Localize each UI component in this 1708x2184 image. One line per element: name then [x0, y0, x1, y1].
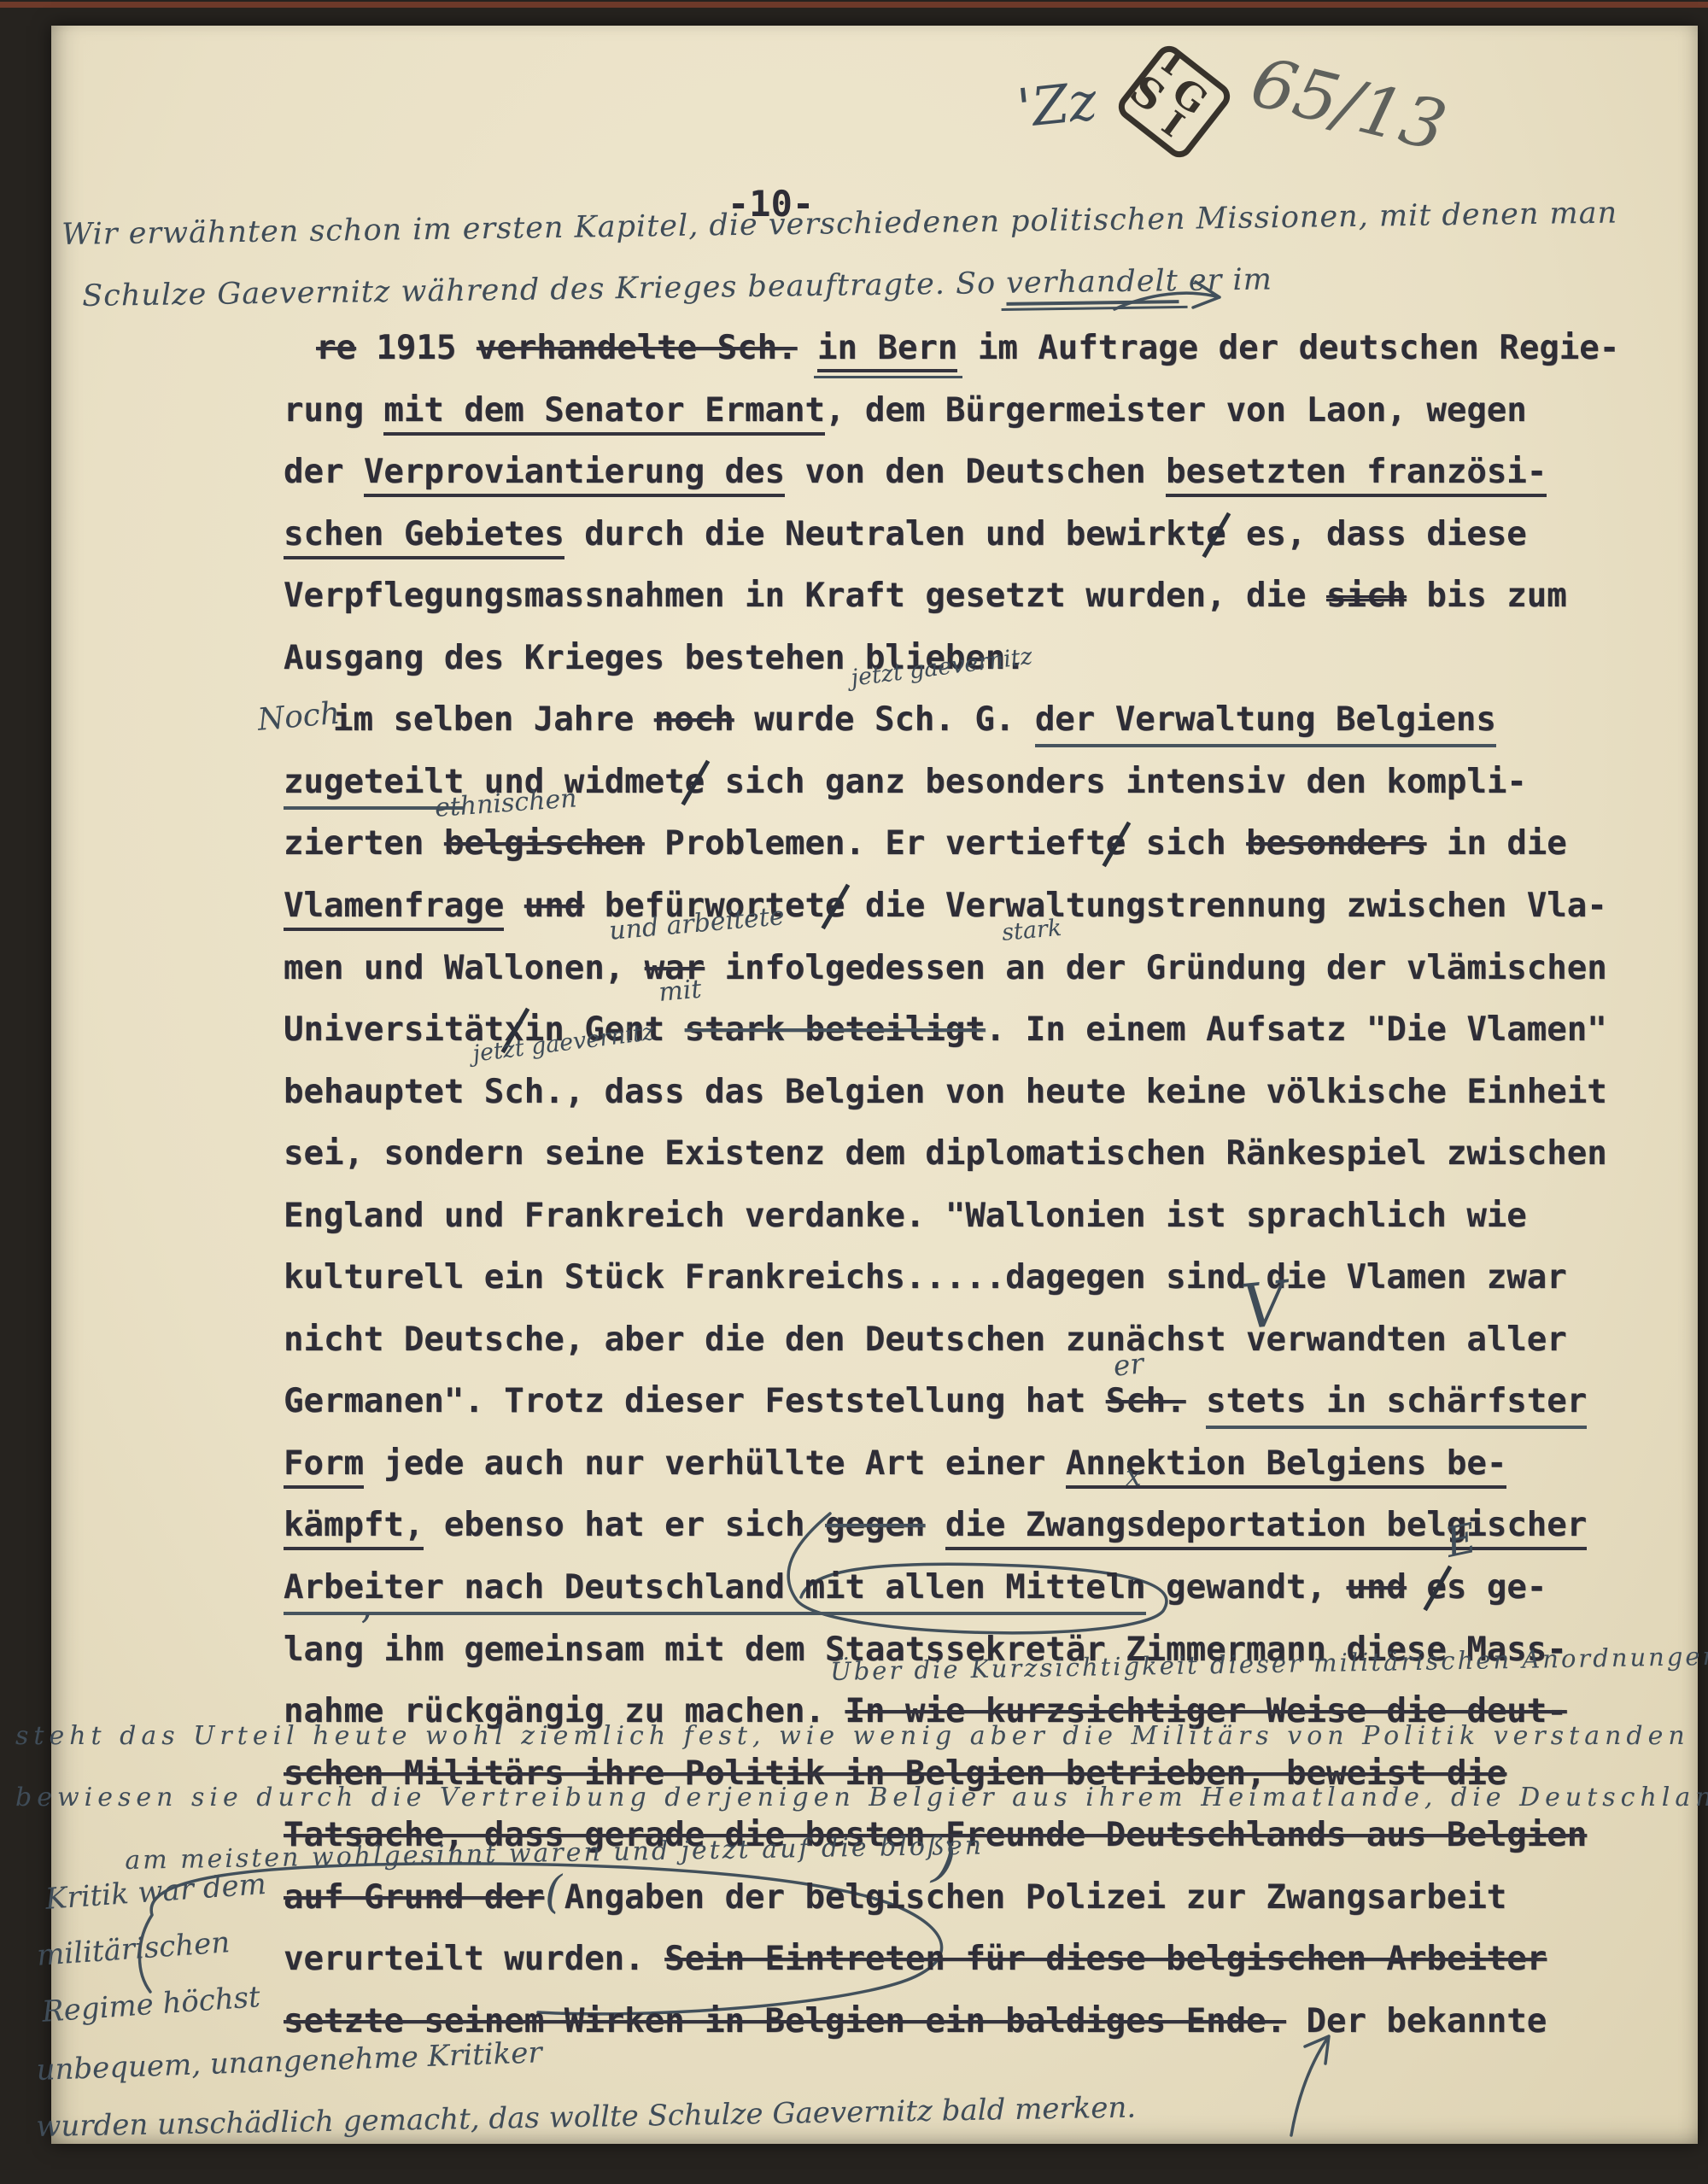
typed-segment: sich: [1126, 824, 1246, 863]
typed-segment: . In einem Aufsatz "Die Vlamen": [986, 1010, 1607, 1049]
typed-segment: schen Gebietes: [284, 515, 564, 559]
hw-intro-line-2: Schulze Gaevernitz während des Krieges b…: [82, 264, 1272, 313]
hw-margin-note-line-5: wurden unschädlich gemacht, das wollte S…: [36, 2093, 1137, 2144]
typed-line-28: setzte seinem Wirken in Belgien ein bald…: [284, 2002, 1547, 2041]
typed-line-26: auf Grund der Angaben der belgischen Pol…: [284, 1878, 1506, 1917]
typed-segment: Arbeiter nach Deutschland mit allen Mitt…: [284, 1568, 1146, 1615]
hw-insert-stark: stark: [1001, 916, 1062, 946]
typed-segment: Verpflegungsmassnahmen in Kraft gesetzt …: [284, 577, 1326, 615]
typed-segment: es, dass diese: [1226, 515, 1527, 553]
hw-insert-er: er: [1112, 1348, 1145, 1382]
hw-insert-noch: Noch: [256, 697, 342, 738]
typed-segment: die Zwangsdeportation belgischer: [945, 1506, 1587, 1550]
typed-segment: Sein Eintreten für diese belgischen Arbe…: [664, 1940, 1547, 1978]
typed-segment: auf Grund der: [284, 1878, 544, 1917]
typed-segment: s ge-: [1447, 1568, 1547, 1607]
typed-line-3: der Verproviantierung des von den Deutsc…: [284, 453, 1547, 497]
typed-segment: die Verwaltungstrennung zwischen Vla-: [845, 887, 1606, 925]
typed-segment: bis zum: [1407, 577, 1567, 615]
typed-line-7: im selben Jahre noch wurde Sch. G. der V…: [333, 700, 1496, 747]
typed-line-27: verurteilt wurden. Sein Eintreten für di…: [284, 1940, 1547, 1978]
photo-top-edge-line: [0, 2, 1708, 8]
mark-ref-number: 65/13: [1244, 44, 1454, 165]
typed-segment: e: [825, 887, 845, 925]
typed-segment: im selben Jahre: [333, 700, 654, 739]
typed-line-1: re 1915 verhandelte Sch. in Bern im Auft…: [316, 329, 1619, 372]
arrow-up-to-der-bekannte: [1291, 2036, 1329, 2135]
typed-segment: infolgedessen an der Gründung der vlämis…: [705, 949, 1607, 987]
typed-segment: setzte seinem Wirken in Belgien ein bald…: [284, 2002, 1286, 2041]
typed-line-2: rung mit dem Senator Ermant, dem Bürgerm…: [284, 391, 1527, 436]
typed-segment: gewandt,: [1146, 1568, 1347, 1607]
typed-line-18: Germanen". Trotz dieser Feststellung hat…: [284, 1382, 1587, 1429]
hw-capital-v: V: [1238, 1270, 1290, 1342]
typed-segment: verhandelte Sch.: [477, 329, 798, 367]
typed-line-16: kulturell ein Stück Frankreichs.....dage…: [284, 1258, 1567, 1297]
typed-segment: kulturell ein Stück Frankreichs.....dage…: [284, 1258, 1567, 1297]
typed-segment: [798, 329, 817, 367]
typed-segment: besetzten französi-: [1166, 453, 1547, 497]
typed-segment: besonders: [1246, 824, 1426, 863]
hw-paren-open: (: [545, 1869, 562, 1918]
hw-margin-note-line-3: Regime höchst: [41, 1982, 261, 2029]
typed-segment: e: [1106, 824, 1126, 863]
typed-segment: im Auftrage der deutschen Regie-: [957, 329, 1619, 367]
typed-segment: Angaben der belgischen Polizei zur Zwang…: [544, 1878, 1506, 1917]
typed-segment: Problemen. Er vertieft: [645, 824, 1106, 863]
typed-segment: und: [1346, 1568, 1406, 1607]
hw-insert-mit: mit: [658, 975, 703, 1007]
typed-segment: sei, sondern seine Existenz dem diplomat…: [284, 1134, 1607, 1173]
hw-margin-note-line-1: Kritik war dem: [44, 1869, 267, 1916]
handwritten-segment: er im: [1179, 263, 1273, 299]
hw-flourish: ʼ: [359, 1609, 371, 1650]
typed-line-17: nicht Deutsche, aber die den Deutschen z…: [284, 1320, 1567, 1359]
typed-segment: sich: [1326, 577, 1407, 615]
typed-segment: Sch.: [1106, 1382, 1186, 1420]
typed-segment: wurde Sch. G.: [734, 700, 1035, 739]
typed-segment: stark beteiligt: [685, 1010, 986, 1049]
typed-segment: Germanen". Trotz dieser Feststellung hat: [284, 1382, 1106, 1420]
typed-segment: Der bekannte: [1286, 2002, 1547, 2041]
typed-line-14: sei, sondern seine Existenz dem diplomat…: [284, 1134, 1607, 1173]
typed-segment: der Verwaltung Belgiens: [1035, 700, 1496, 747]
typed-line-19: Form jede auch nur verhüllte Art einer A…: [284, 1444, 1506, 1489]
handwritten-segment: verhandelt: [1006, 264, 1179, 306]
typed-line-21: Arbeiter nach Deutschland mit allen Mitt…: [284, 1568, 1547, 1615]
typed-line-13: behauptet Sch., dass das Belgien von heu…: [284, 1073, 1607, 1111]
hw-interline-vertreibung: bewiesen sie durch die Vertreibung derje…: [15, 1783, 1708, 1812]
typed-segment: durch die Neutralen und bewirkt: [564, 515, 1206, 553]
typed-segment: England und Frankreich verdanke. "Wallon…: [284, 1197, 1527, 1235]
typed-segment: kämpft,: [284, 1506, 424, 1550]
typed-segment: e: [685, 763, 705, 801]
typed-line-5: Verpflegungsmassnahmen in Kraft gesetzt …: [284, 577, 1567, 615]
typed-segment: Verproviantierung des: [364, 453, 785, 497]
typed-line-11: men und Wallonen, war infolgedessen an d…: [284, 949, 1607, 987]
typed-segment: men und Wallonen,: [284, 949, 645, 987]
typed-line-9: zierten belgischen Problemen. Er vertief…: [284, 824, 1567, 863]
typed-segment: [925, 1506, 945, 1544]
typed-segment: [1407, 1568, 1426, 1607]
handwritten-segment: Wir erwähnten schon im ersten Kapitel, d…: [61, 196, 1617, 252]
typed-segment: Vlamenfrage: [284, 887, 504, 931]
typed-segment: in die: [1426, 824, 1566, 863]
hw-intro-line-1: Wir erwähnten schon im ersten Kapitel, d…: [61, 197, 1617, 252]
typed-segment: sich ganz besonders intensiv den kompli-: [705, 763, 1527, 801]
typed-segment: jede auch nur verhüllte Art einer: [364, 1444, 1066, 1483]
typed-segment: noch: [654, 700, 734, 739]
typed-segment: [1186, 1382, 1206, 1420]
hw-insert-x: x: [1126, 1461, 1142, 1491]
typed-segment: gegen: [825, 1506, 925, 1544]
manuscript-page: I S G I re 1915 verhandelte Sch. in Bern…: [51, 26, 1698, 2144]
photograph-of-manuscript: { "header": { "stamp": { "s1": "I", "s2"…: [0, 0, 1708, 2184]
typed-segment: von den Deutschen: [785, 453, 1166, 491]
typed-segment: nicht Deutsche, aber die den Deutschen z…: [284, 1320, 1567, 1359]
typed-segment: zierten: [284, 824, 444, 863]
hw-interline-urteil: steht das Urteil heute wohl ziemlich fes…: [15, 1722, 1690, 1750]
typed-segment: e: [1426, 1568, 1446, 1607]
typed-segment: , dem Bürgermeister von Laon, wegen: [825, 391, 1527, 430]
typed-segment: behauptet Sch., dass das Belgien von heu…: [284, 1073, 1607, 1111]
hw-margin-note-line-2: militärischen: [36, 1927, 231, 1972]
handwritten-segment: Schulze Gaevernitz während des Krieges b…: [82, 266, 1007, 313]
typed-line-20: kämpft, ebenso hat er sich gegen die Zwa…: [284, 1506, 1587, 1550]
typed-segment: 1915: [356, 329, 477, 367]
typed-segment: e: [1206, 515, 1225, 553]
typed-segment: in Bern: [817, 329, 957, 372]
typed-segment: und: [524, 887, 584, 925]
typed-segment: re: [316, 329, 356, 367]
typed-segment: verurteilt wurden.: [284, 1940, 664, 1978]
mark-zz: 'Zz: [1015, 72, 1099, 138]
typed-line-4: schen Gebietes durch die Neutralen und b…: [284, 515, 1527, 559]
typed-line-10: Vlamenfrage und befürwortete die Verwalt…: [284, 887, 1607, 931]
typed-segment: [504, 887, 524, 925]
typed-segment: Form: [284, 1444, 364, 1489]
hw-margin-note-line-4: unbequem, unangenehme Kritiker: [36, 2037, 542, 2087]
typed-segment: mit dem Senator Ermant: [383, 391, 825, 436]
typed-segment: rung: [284, 391, 383, 430]
typed-segment: der: [284, 453, 364, 491]
sig-stamp: I S G I: [1117, 39, 1221, 152]
typed-segment: belgischen: [444, 824, 645, 863]
typed-line-15: England und Frankreich verdanke. "Wallon…: [284, 1197, 1527, 1235]
typed-segment: ebenso hat er sich: [424, 1506, 825, 1544]
typed-segment: stets in schärfster: [1206, 1382, 1587, 1429]
